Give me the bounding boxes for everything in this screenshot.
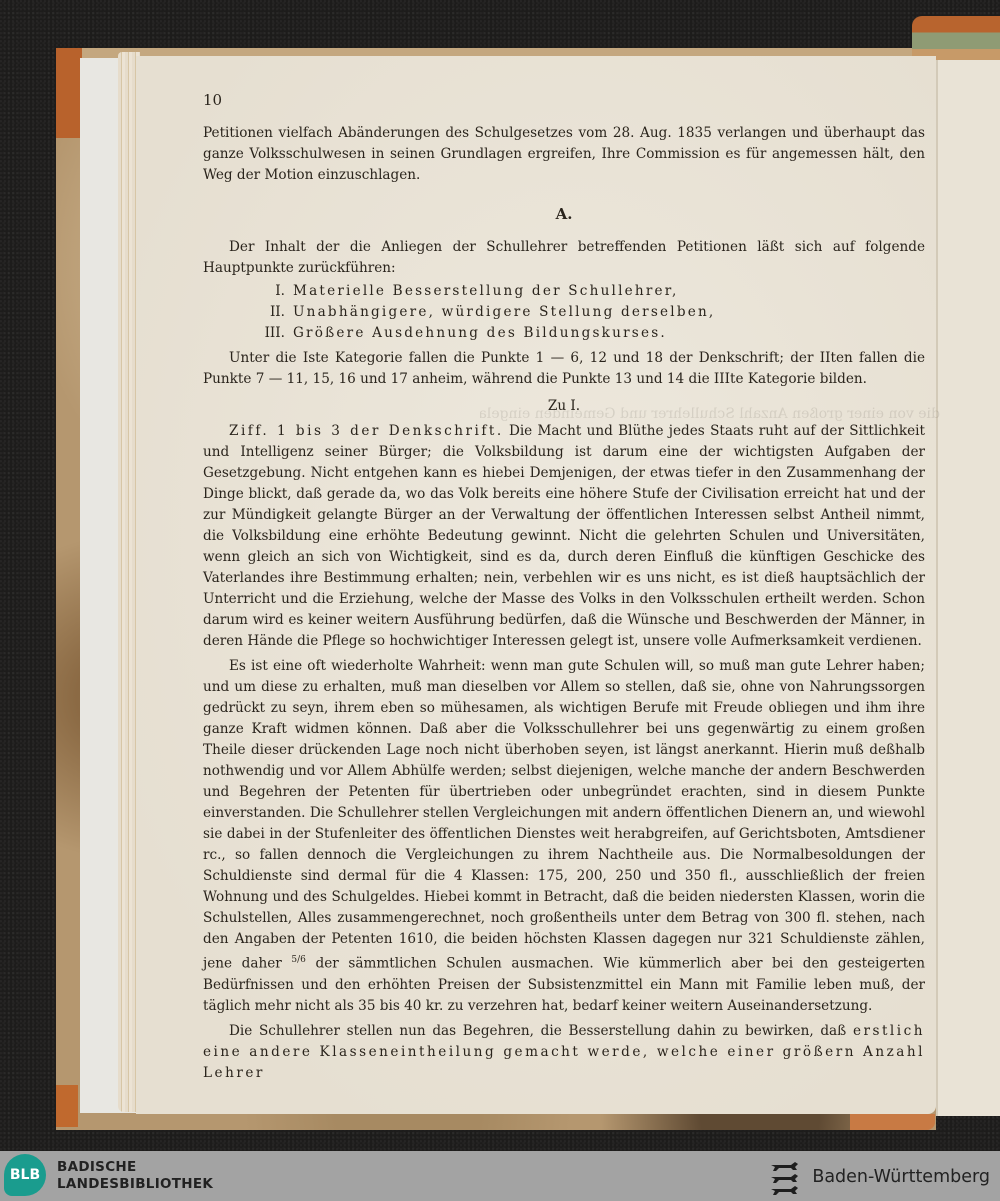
three-lions-icon [768, 1158, 802, 1196]
adjacent-page-edge [936, 60, 1000, 1116]
leather-corner-top-left [56, 48, 82, 138]
page-text: 10 Petitionen vielfach Abänderungen des … [203, 90, 925, 1084]
paragraph-2: Es ist eine oft wiederholte Wahrheit: we… [203, 656, 925, 1017]
list-item-number: III. [203, 323, 293, 344]
library-name-line2: LANDESBIBLIOTHEK [57, 1176, 213, 1193]
state-name: Baden-Württemberg [812, 1167, 990, 1187]
paragraph-3: Die Schullehrer stellen nun das Begehren… [203, 1021, 925, 1084]
library-name-line1: BADISCHE [57, 1159, 213, 1176]
list-item-number: I. [203, 281, 293, 302]
blb-logo-icon[interactable]: BLB [4, 1154, 46, 1196]
section-intro: Der Inhalt der die Anliegen der Schulleh… [203, 237, 925, 279]
footer-bar: BLB BADISCHE LANDESBIBLIOTHEK Baden-Würt… [0, 1151, 1000, 1201]
category-paragraph: Unter die Iste Kategorie fallen die Punk… [203, 348, 925, 390]
paragraph-2-part-a: Es ist eine oft wiederholte Wahrheit: we… [203, 658, 925, 972]
fraction: 5/6 [291, 955, 305, 965]
blb-logo-text: BLB [10, 1167, 40, 1183]
paragraph-1-body: Die Macht und Blüthe jedes Staats ruht a… [203, 423, 925, 649]
book-spine-top-right [912, 16, 1000, 60]
intro-paragraph: Petitionen vielfach Abänderungen des Sch… [203, 123, 925, 186]
list-item: I. Materielle Besserstellung der Schulle… [203, 281, 925, 302]
baden-wuerttemberg-brand[interactable]: Baden-Württemberg [768, 1157, 990, 1197]
leather-strip-bottom-right [850, 1114, 935, 1130]
leather-corner-bottom-left [56, 1085, 78, 1127]
list-item-text: Unabhängigere, würdigere Stellung dersel… [293, 302, 715, 323]
list-item-text: Materielle Besserstellung der Schullehre… [293, 281, 679, 302]
paragraph-1: Ziff. 1 bis 3 der Denkschrift. Die Macht… [203, 421, 925, 652]
list-item: III. Größere Ausdehnung des Bildungskurs… [203, 323, 925, 344]
scanned-book-image: die von einer großen Anzahl Schullehrer … [0, 0, 1000, 1150]
subsection-heading: Zu I. [203, 396, 925, 417]
library-name[interactable]: BADISCHE LANDESBIBLIOTHEK [57, 1159, 213, 1193]
paragraph-3-start: Die Schullehrer stellen nun das Begehren… [229, 1023, 846, 1039]
list-item-text: Größere Ausdehnung des Bildungskurses. [293, 323, 667, 344]
main-points-list: I. Materielle Besserstellung der Schulle… [203, 281, 925, 344]
list-item-number: II. [203, 302, 293, 323]
list-item: II. Unabhängigere, würdigere Stellung de… [203, 302, 925, 323]
section-heading: A. [203, 204, 925, 225]
paragraph-2-part-b: der sämmtlichen Schulen ausmachen. Wie k… [203, 956, 925, 1014]
page-number: 10 [203, 90, 925, 111]
paragraph-1-lead: Ziff. 1 bis 3 der Denkschrift. [229, 423, 504, 439]
